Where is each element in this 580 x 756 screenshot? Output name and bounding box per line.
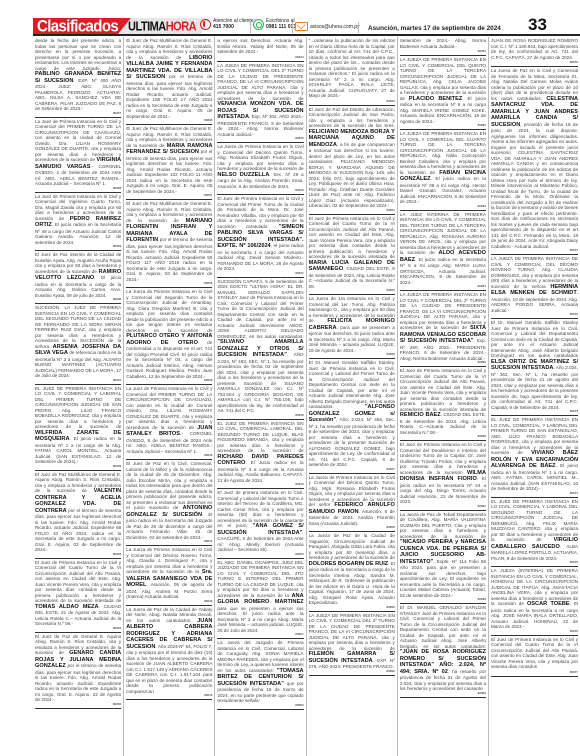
ad-text-pre: La Juez de Primera Instancia en lo Civil… bbox=[126, 386, 212, 430]
classified-ad: El Juez de Paz del Distrito de Liberació… bbox=[309, 106, 395, 215]
ad-text-pre: LA JUEZA DE PRIMERA INSTANCIA EN LO CIVI… bbox=[309, 613, 395, 651]
classifieds-columns: desde la fecha del presente edicto, a to… bbox=[33, 37, 580, 756]
ad-code: 80855 bbox=[309, 289, 395, 293]
ad-code: 80866 bbox=[400, 435, 486, 439]
classified-ad: "...ordenase la publicación de los edict… bbox=[309, 37, 395, 106]
ad-text-pre: La Jueza de Paz de la Ciudad de Yaguarón… bbox=[309, 533, 395, 560]
ad-code: 80876 bbox=[491, 630, 578, 634]
ad-text-pre: Setiembre de 2024.- Abog. Norma Bodenser… bbox=[400, 38, 486, 49]
ad-code: 80848 bbox=[217, 414, 303, 418]
ad-code: 80830 bbox=[35, 298, 121, 302]
classified-ad: El Dr. Manuel Geraldo Saffldin Stanley, … bbox=[309, 359, 395, 474]
ad-code: 80837 bbox=[126, 194, 212, 198]
ad-code: 80853 bbox=[309, 100, 395, 104]
classified-ad: EL JUEZ DE PRIMERA INSTANCIA EN LO CIVIL… bbox=[35, 385, 121, 471]
ad-text-post: por el término de sesenta días, para eje… bbox=[126, 149, 212, 194]
ad-text-post: por el término de sesenta días, para eje… bbox=[126, 74, 212, 119]
ad-deceased-name: DOLORES BOGARIN DE RUIZ bbox=[309, 561, 389, 567]
classified-ad: a ejercer sus Derechos. Actuaria Abg. Em… bbox=[217, 37, 303, 62]
ad-deceased-name: OSCAR TOEBE bbox=[527, 601, 570, 607]
ad-code: 80858 bbox=[309, 526, 395, 530]
classified-ad: El Juez de Paz de General E. Aquino Abog… bbox=[35, 633, 121, 709]
ad-deceased-name: NELSO DUZZELLA bbox=[217, 172, 269, 178]
column-3: a ejercer sus Derechos. Actuaria Abg. Em… bbox=[215, 37, 306, 756]
classified-ad: El Juez de Primera Instancia en lo Civil… bbox=[35, 559, 121, 633]
classified-ad: El Juez de Primera Instancia en lo Civil… bbox=[400, 367, 486, 441]
ad-text-pre: SUCESIÓN. LA JUEZ DE PRIMERA INSTANCIA E… bbox=[35, 305, 121, 349]
ad-deceased-name: REMICIO BAEZ bbox=[400, 412, 441, 418]
classified-ad: LA JUEZA DE PRIMERA INSTANCIA EN LO CIVI… bbox=[400, 291, 486, 367]
ad-text-post: , AÑO 2.024, Nº 463, SEC. Nº 1, ha resue… bbox=[217, 352, 303, 413]
classified-ad: La Jueza del Juzgado de Primera Instanci… bbox=[217, 639, 303, 710]
ad-code: 80856 bbox=[309, 353, 395, 357]
column-5: Setiembre de 2024.- Abog. Norma Bodenser… bbox=[398, 37, 489, 756]
brand-logo: ULTIMAHORA bbox=[128, 20, 196, 34]
ad-code: 80865 bbox=[400, 361, 486, 365]
ad-code: 80852 bbox=[217, 704, 303, 708]
ad-text-pre: El Juez de Primera Instancia en lo Civil… bbox=[400, 368, 486, 412]
ad-code: 80827 bbox=[35, 112, 121, 116]
ad-text-pre: LA JUEZA DE PRIMERA INSTANCIA EN LO CIVI… bbox=[400, 57, 486, 101]
column-4: "...ordenase la publicación de los edict… bbox=[307, 37, 398, 756]
contact-email: avisos@uhora.com.py bbox=[295, 22, 360, 31]
classified-ad: LA JUEZA DE PRIMERA INSTANCIA DE CIVIL Y… bbox=[491, 255, 578, 319]
classified-ad: LA JUEZA DE PRIMERA INSTANCIA EN LO CIVI… bbox=[309, 612, 395, 676]
brand-logo-part2: HORA bbox=[166, 20, 196, 34]
ad-code: 80877 bbox=[491, 671, 578, 675]
classified-ad: La Juez de Primera Instancia en lo Civil… bbox=[35, 193, 121, 252]
ad-code: 80847 bbox=[217, 272, 303, 276]
ad-code: 80833 bbox=[35, 553, 121, 557]
contact-phone-value: 415 7000 bbox=[213, 24, 255, 30]
ad-text-pre: El Juez de Paz del Distrito de Liberació… bbox=[309, 107, 395, 129]
ad-text-pre: La Jueza de Primera Instancia en lo Civi… bbox=[217, 144, 303, 171]
ad-text-pre: La Jueza de Primera Instancia en lo Civi… bbox=[126, 547, 212, 574]
ad-code: 80863 bbox=[400, 205, 486, 209]
classified-ad: El Juez de primera instancia en lo Civil… bbox=[217, 489, 303, 559]
classified-ad: La Jueza de Primera Instancia en lo Civi… bbox=[126, 546, 212, 606]
ad-text-pre: a ejercer sus Derechos. Actuaria Abg. Em… bbox=[217, 38, 303, 54]
ad-code: 80869 bbox=[400, 692, 486, 696]
ad-text-pre: La Jueza de Paz de Tobatí Departamento d… bbox=[400, 512, 486, 539]
ad-code: 80828 bbox=[35, 187, 121, 191]
classified-ad: La Juez de Primera Instancia en lo Civil… bbox=[35, 118, 121, 193]
classified-ad: LA JUEZA DE PRIMERA INSTANCIA EN LO CIVI… bbox=[400, 130, 486, 211]
ad-code: 80831 bbox=[35, 379, 121, 383]
ad-text-post: , proveído de fecha 18 de junio de 2024,… bbox=[491, 122, 578, 249]
ad-text-pre: El Dr. Manuel Geraldo Saffldin Stanley J… bbox=[491, 320, 578, 358]
ad-code: 80829 bbox=[35, 245, 121, 249]
classified-ad: La Jueza de Paz de la Ciudad de Yaguarón… bbox=[309, 532, 395, 612]
classified-ad: La Jueza de Paz de Tobatí Departamento d… bbox=[400, 511, 486, 605]
ad-code: 80843 bbox=[126, 694, 212, 698]
ad-code: 80836 bbox=[126, 119, 212, 123]
ad-code: 80871 bbox=[491, 249, 578, 253]
ad-text-post: por el término de sesenta días, para eje… bbox=[35, 663, 121, 702]
ad-code: 80854 bbox=[309, 209, 395, 213]
ad-code: 80842 bbox=[126, 600, 212, 604]
contact-phone: Atención al cliente: 415 7000 bbox=[200, 18, 255, 30]
ad-text-pre: El Dr. MANUEL GERALDO SAFILDIN STANLEY J… bbox=[400, 605, 486, 649]
classified-ad: El Juez de Primera Instancia en lo Civil… bbox=[491, 636, 578, 677]
classified-ad: El Dr. Manuel Geraldo Saffldin Stanley J… bbox=[491, 319, 578, 416]
ad-code: 80864 bbox=[400, 285, 486, 289]
ad-code: 80834 bbox=[35, 627, 121, 631]
ad-text-pre: El Juez de Primera Instancia en lo Civil… bbox=[309, 216, 395, 260]
classified-ad: EL JUEZ DE PRIMERA INSTANCIA EN LO CIVIL… bbox=[217, 420, 303, 490]
classified-ad: La Jueza de Paz de la Ciudad de Yabaty d… bbox=[126, 606, 212, 701]
ad-code: 80872 bbox=[491, 313, 578, 317]
divider bbox=[250, 22, 251, 33]
ad-code: 80838 bbox=[126, 282, 212, 286]
ad-code: 80846 bbox=[217, 189, 303, 193]
classified-ad: El Juez de Paz interino de la Ciudad de … bbox=[35, 251, 121, 304]
classified-ad: El Juez de Primera Instancia en lo Civil… bbox=[400, 441, 486, 511]
ad-text-post: , a fin de que comparezcan a reclamar su… bbox=[309, 142, 395, 209]
ad-code: 80870 bbox=[491, 61, 578, 65]
ad-code: 80857 bbox=[309, 468, 395, 472]
ad-code: 80841 bbox=[126, 540, 212, 544]
ad-code: 80844 bbox=[217, 56, 303, 60]
classified-ad: LA JUEZA DE PRIMERA INSTANCIA EN LO CIVI… bbox=[217, 62, 303, 144]
ad-text-pre: EL JUEZ DE PRIMERA INSTANCIA EN LO CIVIL… bbox=[491, 499, 578, 543]
section-banner: Clasificados bbox=[33, 18, 131, 34]
classified-ad: EL JUEZ DE PRIMERA INSTANCIA EN LO CIVIL… bbox=[491, 416, 578, 498]
ad-text-post: para que se presenten a ejercer sus dere… bbox=[217, 606, 303, 633]
ad-code: 80867 bbox=[400, 505, 486, 509]
ad-code: 80868 bbox=[400, 598, 486, 602]
column-6: JUAN DE ROSA RODRIGUEZ ROMERO con C.I. N… bbox=[489, 37, 580, 756]
ad-text-post: por el término de sesenta días, para eje… bbox=[126, 237, 212, 282]
phone-icon bbox=[200, 19, 211, 30]
ad-text-pre: LA JUEZA DE PRIMERA INSTANCIA EN LO CIVI… bbox=[217, 63, 303, 101]
ad-text-pre: La Jueza de Primera Instancia en lo Civi… bbox=[126, 289, 212, 333]
ad-text-pre: La Juez de Primera Instancia en lo Civil… bbox=[35, 119, 121, 163]
ad-code: 80835 bbox=[35, 703, 121, 707]
ad-deceased-name: TOMAS ALDAO MEZA bbox=[35, 604, 99, 610]
classified-ad: El Juez de Paz Multifueros de General E.… bbox=[35, 471, 121, 559]
ad-text-pre: SUCESIÓN CAPIATÁ, 5 de Setiembre de 2024… bbox=[217, 279, 303, 339]
ad-text-pre: JUAN DE ROSA RODRIGUEZ ROMERO con C.I. N… bbox=[491, 38, 578, 60]
ad-code: 80839 bbox=[126, 379, 212, 383]
ad-text-pre: LA JUEZ INTERINA DE PRIMERA INSTANCIA EN… bbox=[400, 212, 486, 256]
ad-text-pre: El Juez de Paz en lo Civil, Comercial, L… bbox=[126, 461, 212, 510]
classified-ad: SUCESIÓN CAPIATÁ, 5 de Setiembre de 2024… bbox=[217, 278, 303, 420]
ad-text-post: . El juicio radica en la Secretaría a ca… bbox=[309, 561, 395, 606]
ad-code: 80873 bbox=[491, 410, 578, 414]
contact-whatsapp: Escríbinos al 0981 111 013 bbox=[253, 18, 296, 30]
header-rule bbox=[33, 34, 580, 36]
ad-code: 80845 bbox=[217, 137, 303, 141]
ad-text-pre: El Juez de Primera Instancia en lo Civil… bbox=[35, 560, 121, 604]
ad-code: 80832 bbox=[35, 465, 121, 469]
issue-date: Asunción, martes 17 de septiembre de 202… bbox=[368, 25, 501, 32]
whatsapp-icon bbox=[253, 19, 264, 30]
ad-text-pre: desde la fecha del presente edicto, a to… bbox=[35, 38, 121, 71]
ad-code: 80861 bbox=[400, 50, 486, 54]
divider bbox=[358, 22, 359, 33]
ad-code: 80875 bbox=[491, 561, 578, 565]
ad-text-pre: "...ordenase la publicación de los edict… bbox=[309, 38, 395, 98]
ad-deceased-name: PLACIDO BENITEZ bbox=[409, 96, 462, 102]
ad-code: 80840 bbox=[126, 454, 212, 458]
divider bbox=[292, 22, 293, 33]
classified-ad: El Juez de Paz Multifueros de General E.… bbox=[126, 37, 212, 125]
classified-ad: LA JUEZA DE PRIMERA INSTANCIA EN LO CIVI… bbox=[400, 56, 486, 130]
ad-text-pre: EL JUEZ DE PRIMERA INSTANCIA EN LO CIVIL… bbox=[35, 386, 121, 430]
ad-code: 80859 bbox=[309, 606, 395, 610]
classified-ad: EL ABG. DANIEL OCAMPOS, JUEZ DEL JUZGADO… bbox=[217, 559, 303, 640]
classified-ad: El Juez de Paz en lo Civil, Comercial, L… bbox=[126, 460, 212, 546]
ad-text-pre: EL JUEZ DE PRIMERA INSTANCIA EN LO CIVIL… bbox=[217, 421, 303, 454]
classified-ad: La Jueza de Paz en lo Civil y Comercial … bbox=[491, 67, 578, 255]
classified-ad: La Juez de Primera Instancia en lo Civil… bbox=[126, 385, 212, 460]
contact-email-value[interactable]: avisos@uhora.com.py bbox=[310, 24, 360, 30]
ad-code: 80849 bbox=[217, 483, 303, 487]
masthead: Clasificados ULTIMAHORA Atención al clie… bbox=[0, 0, 580, 34]
classified-ad: La Jueza de Primera Instancia en lo Civi… bbox=[126, 288, 212, 385]
classified-ad: El Juez de Paz Multifueros de General E.… bbox=[126, 200, 212, 288]
classified-ad: El Juez de Primera Instancia en lo Civil… bbox=[217, 195, 303, 278]
classified-ad: JUAN DE ROSA RODRIGUEZ ROMERO con C.I. N… bbox=[491, 37, 578, 67]
ad-text-post: de conformidad a lo dispuesto en el art.… bbox=[126, 340, 212, 379]
ad-text-pre: El Dr. Manuel Geraldo Saffldin Stanley, … bbox=[309, 360, 395, 409]
classified-ad: El Juez de Paz Multifueros de General E.… bbox=[126, 125, 212, 200]
ad-code: 80851 bbox=[217, 633, 303, 637]
ad-text-pre: El Juez de Primera Instancia en lo Civil… bbox=[491, 637, 578, 670]
ad-code: 80874 bbox=[491, 492, 578, 496]
classified-ad: LA JUEZA (INTERINA) DE PRIMERA INSTANCIA… bbox=[491, 567, 578, 636]
ad-text-post: , Expte. Nº 114 Folio 85 Año 2024, para … bbox=[400, 559, 486, 598]
ad-text-post: por el término de sesenta días, para eje… bbox=[35, 508, 121, 553]
ad-code: 80860 bbox=[309, 670, 395, 674]
classified-ad: La Jueza de Primera Instancia en lo Civi… bbox=[217, 143, 303, 195]
ad-code: 80862 bbox=[400, 124, 486, 128]
classified-ad: La Jueza de Primera Instancia en lo Civi… bbox=[309, 474, 395, 533]
classified-ad: EL JUEZ DE PRIMERA INSTANCIA EN LO CIVIL… bbox=[491, 498, 578, 568]
classified-ad: SUCESIÓN. LA JUEZ DE PRIMERA INSTANCIA E… bbox=[35, 304, 121, 385]
column-2: El Juez de Paz Multifueros de General E.… bbox=[124, 37, 215, 756]
classified-ad: El Dr. MANUEL GERALDO SAFILDIN STANLEY J… bbox=[400, 604, 486, 698]
brand-logo-part1: ULTIMA bbox=[128, 20, 166, 34]
column-1: desde la fecha del presente edicto, a to… bbox=[33, 37, 124, 756]
page-number: 33 bbox=[528, 15, 547, 35]
classified-ad: Setiembre de 2024.- Abog. Norma Bodenser… bbox=[400, 37, 486, 56]
classified-ad: desde la fecha del presente edicto, a to… bbox=[35, 37, 121, 118]
classified-ad: LA JUEZ INTERINA DE PRIMERA INSTANCIA EN… bbox=[400, 211, 486, 292]
classified-ad: La Jueza de 1ra Instancia en lo Civil y … bbox=[309, 295, 395, 359]
ad-text-pre: LA JUEZA DE PRIMERA INSTANCIA EN LO CIVI… bbox=[400, 131, 486, 175]
mail-icon bbox=[295, 22, 308, 31]
ad-text-post: , Año: 2.024, Nº 468, Sec. Nº 1, ha resu… bbox=[309, 417, 395, 467]
ad-code: 80850 bbox=[217, 553, 303, 557]
ad-text-post: , Año 2.024, Nº 362, Sec. Nº 1, ha resue… bbox=[491, 365, 578, 410]
ad-text-post: . Año 2024-Nº 54, FOLIO 7, cita y emplaz… bbox=[126, 644, 212, 694]
classified-ad: El Juez de Primera Instancia en lo Civil… bbox=[309, 215, 395, 296]
